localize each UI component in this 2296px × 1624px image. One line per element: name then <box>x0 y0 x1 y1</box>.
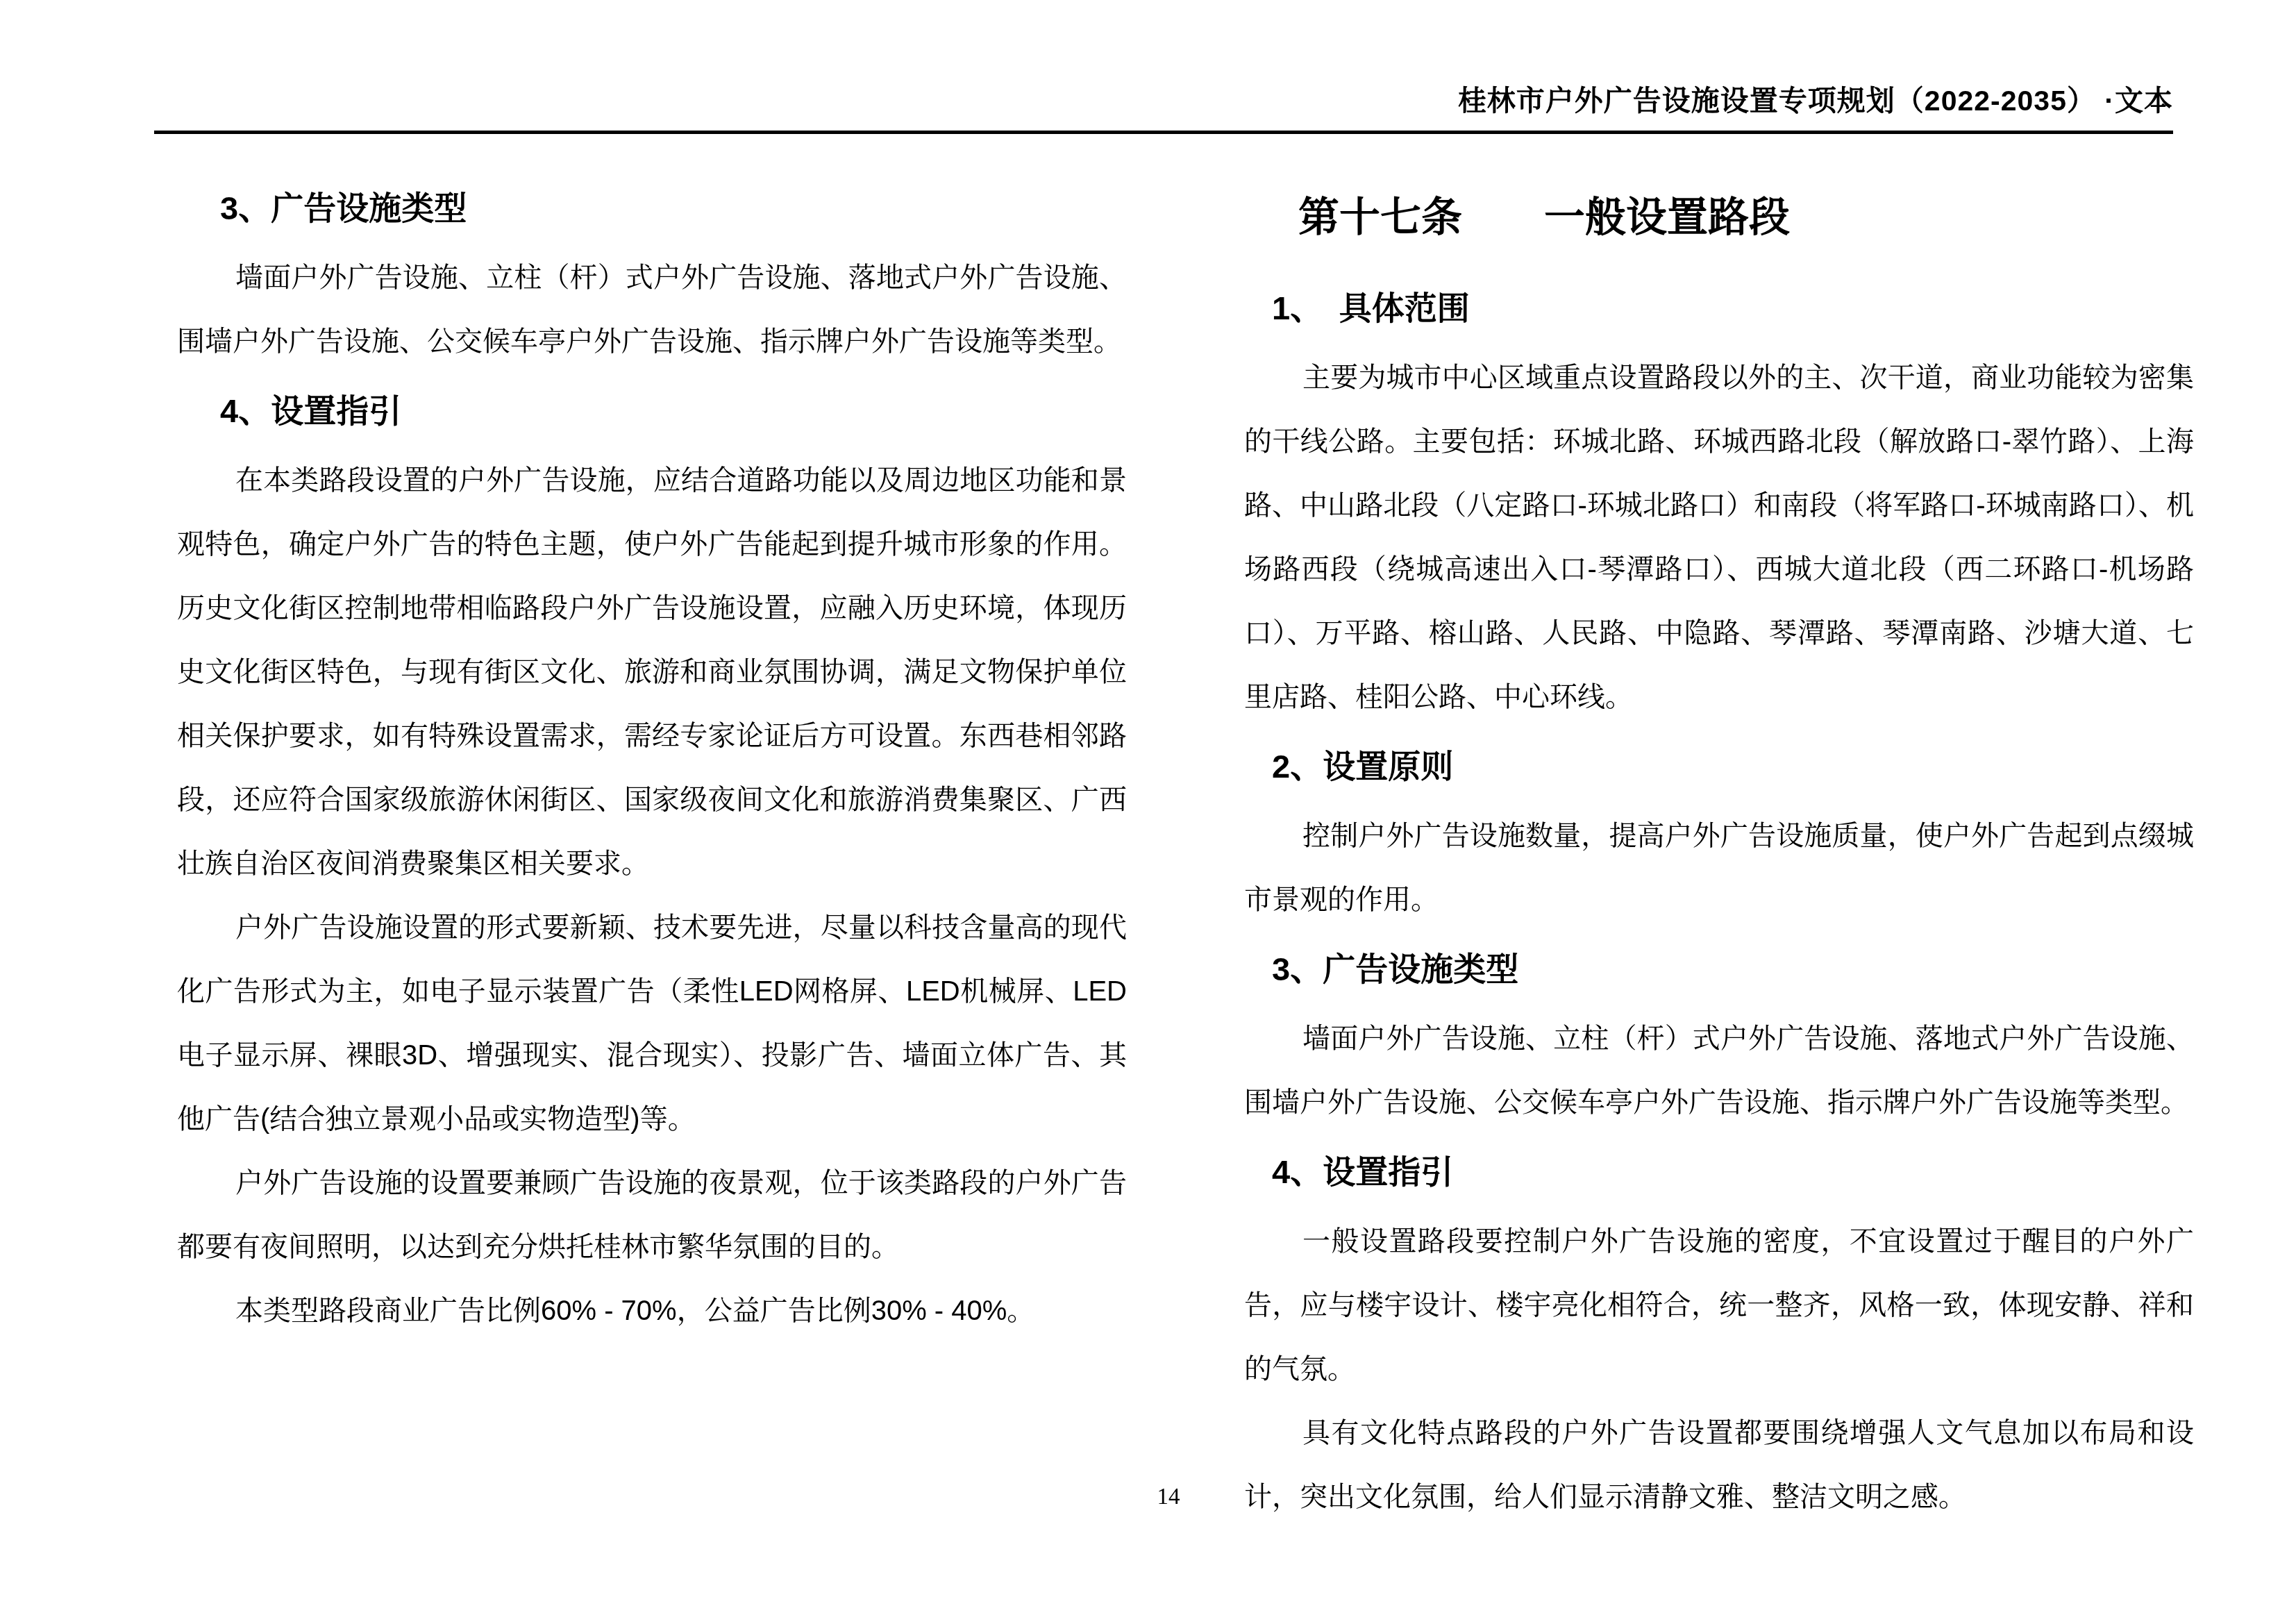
paragraph-guideline-night-lighting: 户外广告设施的设置要兼顾广告设施的夜景观，位于该类路段的户外广告都要有夜间照明，… <box>177 1151 1127 1279</box>
section-heading-ad-facility-types: 3、广告设施类型 <box>177 171 1127 246</box>
chapter-heading-article-17: 第十七条 一般设置路段 <box>1244 171 2194 264</box>
section-heading-setup-guidelines: 4、设置指引 <box>177 374 1127 449</box>
section-heading-specific-scope: 1、 具体范围 <box>1244 271 2194 346</box>
section-heading-setup-principles: 2、设置原则 <box>1244 729 2194 804</box>
header-divider <box>154 131 2173 134</box>
paragraph-guideline-road-function: 在本类路段设置的户外广告设施，应结合道路功能以及周边地区功能和景观特色，确定户外… <box>177 449 1127 896</box>
paragraph-facility-types: 墙面户外广告设施、立柱（杆）式户外广告设施、落地式户外广告设施、围墙户外广告设施… <box>177 246 1127 374</box>
page-number: 14 <box>1130 1484 1207 1510</box>
paragraph-specific-scope-roads: 主要为城市中心区域重点设置路段以外的主、次干道，商业功能较为密集的干线公路。主要… <box>1244 346 2194 729</box>
paragraph-cultural-roads: 具有文化特点路段的户外广告设置都要围绕增强人文气息加以布局和设计，突出文化氛围，… <box>1244 1401 2194 1529</box>
paragraph-guideline-modern-tech: 户外广告设施设置的形式要新颖、技术要先进，尽量以科技含量高的现代化广告形式为主，… <box>177 896 1127 1151</box>
left-column: 3、广告设施类型 墙面户外广告设施、立柱（杆）式户外广告设施、落地式户外广告设施… <box>177 171 1127 1343</box>
paragraph-facility-types-right: 墙面户外广告设施、立柱（杆）式户外广告设施、落地式户外广告设施、围墙户外广告设施… <box>1244 1007 2194 1135</box>
paragraph-density-control: 一般设置路段要控制户外广告设施的密度，不宜设置过于醒目的户外广告，应与楼宇设计、… <box>1244 1209 2194 1401</box>
document-header-title: 桂林市户外广告设施设置专项规划（2022-2035） ·文本 <box>1458 78 2173 119</box>
section-heading-ad-facility-types-right: 3、广告设施类型 <box>1244 932 2194 1007</box>
right-column: 第十七条 一般设置路段 1、 具体范围 主要为城市中心区域重点设置路段以外的主、… <box>1244 171 2194 1529</box>
section-heading-setup-guidelines-right: 4、设置指引 <box>1244 1135 2194 1209</box>
document-page: 桂林市户外广告设施设置专项规划（2022-2035） ·文本 3、广告设施类型 … <box>0 0 2296 1624</box>
paragraph-setup-principles: 控制户外广告设施数量，提高户外广告设施质量，使户外广告起到点缀城市景观的作用。 <box>1244 804 2194 932</box>
paragraph-ad-ratio: 本类型路段商业广告比例60% - 70%，公益广告比例30% - 40%。 <box>177 1279 1127 1343</box>
